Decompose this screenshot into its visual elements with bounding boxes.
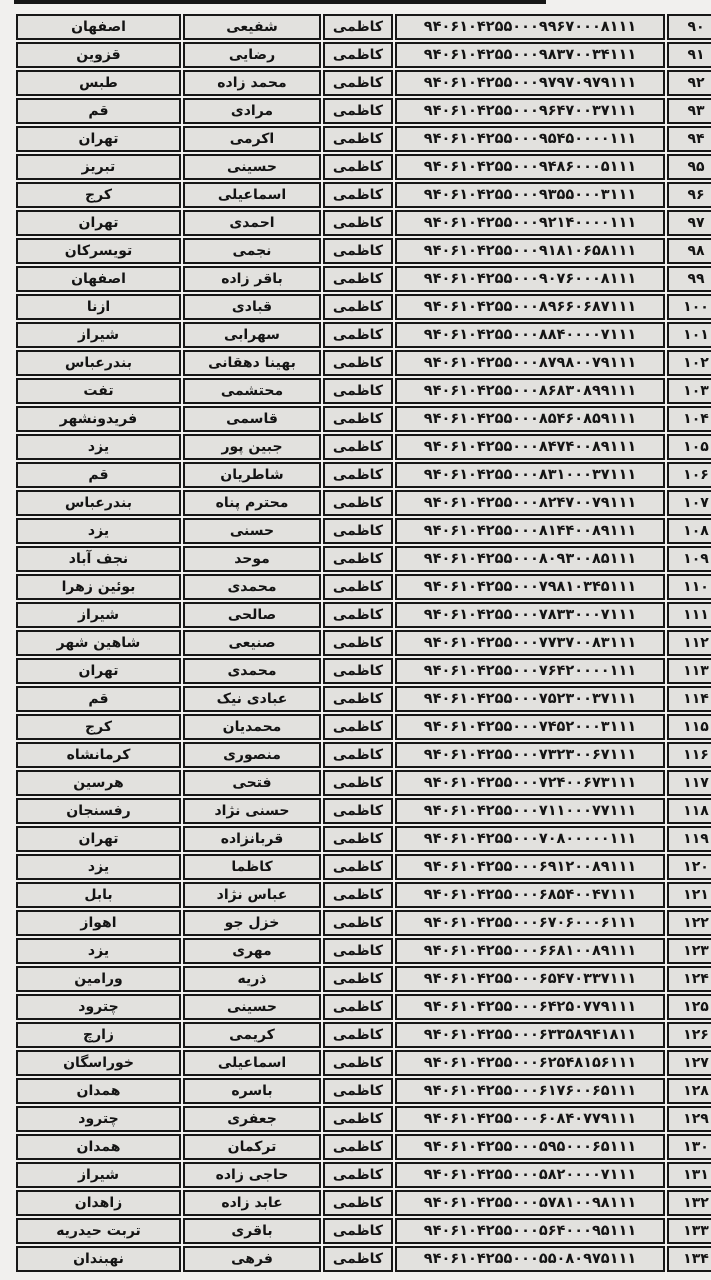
first-name-cell: کاظمی [323,546,393,572]
tracking-code-cell: ۹۴۰۶۱۰۴۲۵۵۰۰۰۷۱۱۰۰۰۷۷۱۱۱ [395,798,665,824]
surname-cell: محترم پناه [183,490,321,516]
surname-cell: حسینی [183,154,321,180]
city-cell: تربت حیدریه [16,1218,181,1244]
row-number-cell: ۱۱۳ [667,658,711,684]
tracking-code-cell: ۹۴۰۶۱۰۴۲۵۵۰۰۰۹۰۷۶۰۰۰۸۱۱۱ [395,266,665,292]
table-row: ۹۹ ۹۴۰۶۱۰۴۲۵۵۰۰۰۹۰۷۶۰۰۰۸۱۱۱ کاظمی باقر ز… [16,266,711,292]
city-cell: شیراز [16,602,181,628]
city-cell: بابل [16,882,181,908]
row-number-cell: ۹۷ [667,210,711,236]
city-cell: تهران [16,210,181,236]
first-name-cell: کاظمی [323,798,393,824]
tracking-code-cell: ۹۴۰۶۱۰۴۲۵۵۰۰۰۷۳۲۳۰۰۶۷۱۱۱ [395,742,665,768]
tracking-code-cell: ۹۴۰۶۱۰۴۲۵۵۰۰۰۸۳۱۰۰۰۳۷۱۱۱ [395,462,665,488]
tracking-code-cell: ۹۴۰۶۱۰۴۲۵۵۰۰۰۷۲۴۰۰۶۷۳۱۱۱ [395,770,665,796]
scanned-page: ۹۰ ۹۴۰۶۱۰۴۲۵۵۰۰۰۹۹۶۷۰۰۰۸۱۱۱ کاظمی شفیعی … [0,0,711,1280]
tracking-code-cell: ۹۴۰۶۱۰۴۲۵۵۰۰۰۷۷۳۷۰۰۸۳۱۱۱ [395,630,665,656]
surname-cell: اسماعیلی [183,182,321,208]
surname-cell: باسره [183,1078,321,1104]
table-row: ۱۳۳ ۹۴۰۶۱۰۴۲۵۵۰۰۰۵۶۴۰۰۰۹۵۱۱۱ کاظمی باقری… [16,1218,711,1244]
surname-cell: مهری [183,938,321,964]
table-row: ۱۱۶ ۹۴۰۶۱۰۴۲۵۵۰۰۰۷۳۲۳۰۰۶۷۱۱۱ کاظمی منصور… [16,742,711,768]
row-number-cell: ۱۲۸ [667,1078,711,1104]
first-name-cell: کاظمی [323,238,393,264]
tracking-code-cell: ۹۴۰۶۱۰۴۲۵۵۰۰۰۹۸۳۷۰۰۳۴۱۱۱ [395,42,665,68]
tracking-code-cell: ۹۴۰۶۱۰۴۲۵۵۰۰۰۶۶۸۱۰۰۸۹۱۱۱ [395,938,665,964]
table-row: ۹۲ ۹۴۰۶۱۰۴۲۵۵۰۰۰۹۷۹۷۰۹۷۹۱۱۱ کاظمی محمد ز… [16,70,711,96]
table-row: ۱۰۳ ۹۴۰۶۱۰۴۲۵۵۰۰۰۸۶۸۳۰۸۹۹۱۱۱ کاظمی محتشم… [16,378,711,404]
surname-cell: محتشمی [183,378,321,404]
row-number-cell: ۱۲۰ [667,854,711,880]
table-row: ۱۰۱ ۹۴۰۶۱۰۴۲۵۵۰۰۰۸۸۴۰۰۰۰۷۱۱۱ کاظمی سهراب… [16,322,711,348]
surname-cell: صالحی [183,602,321,628]
surname-cell: احمدی [183,210,321,236]
city-cell: تویسرکان [16,238,181,264]
row-number-cell: ۹۱ [667,42,711,68]
first-name-cell: کاظمی [323,490,393,516]
surname-cell: محمدیان [183,714,321,740]
table-row: ۱۰۷ ۹۴۰۶۱۰۴۲۵۵۰۰۰۸۲۴۷۰۰۷۹۱۱۱ کاظمی محترم… [16,490,711,516]
table-row: ۹۳ ۹۴۰۶۱۰۴۲۵۵۰۰۰۹۶۴۷۰۰۳۷۱۱۱ کاظمی مرادی … [16,98,711,124]
city-cell: خوراسگان [16,1050,181,1076]
city-cell: یزد [16,434,181,460]
first-name-cell: کاظمی [323,994,393,1020]
city-cell: شیراز [16,322,181,348]
tracking-code-cell: ۹۴۰۶۱۰۴۲۵۵۰۰۰۹۵۴۵۰۰۰۰۱۱۱ [395,126,665,152]
surname-cell: کاظما [183,854,321,880]
surname-cell: خزل جو [183,910,321,936]
row-number-cell: ۱۱۸ [667,798,711,824]
first-name-cell: کاظمی [323,1190,393,1216]
surname-cell: قبادی [183,294,321,320]
city-cell: چترود [16,1106,181,1132]
surname-cell: قاسمی [183,406,321,432]
table-row: ۱۲۴ ۹۴۰۶۱۰۴۲۵۵۰۰۰۶۵۴۷۰۳۳۷۱۱۱ کاظمی ذریه … [16,966,711,992]
row-number-cell: ۱۰۴ [667,406,711,432]
tracking-code-cell: ۹۴۰۶۱۰۴۲۵۵۰۰۰۹۲۱۴۰۰۰۰۱۱۱ [395,210,665,236]
tracking-code-cell: ۹۴۰۶۱۰۴۲۵۵۰۰۰۹۳۵۵۰۰۰۳۱۱۱ [395,182,665,208]
tracking-code-cell: ۹۴۰۶۱۰۴۲۵۵۰۰۰۶۴۲۵۰۷۷۹۱۱۱ [395,994,665,1020]
tracking-code-cell: ۹۴۰۶۱۰۴۲۵۵۰۰۰۹۶۴۷۰۰۳۷۱۱۱ [395,98,665,124]
surname-cell: عبادی نیک [183,686,321,712]
city-cell: یزد [16,938,181,964]
first-name-cell: کاظمی [323,294,393,320]
city-cell: قم [16,462,181,488]
first-name-cell: کاظمی [323,518,393,544]
table-row: ۱۰۹ ۹۴۰۶۱۰۴۲۵۵۰۰۰۸۰۹۳۰۰۸۵۱۱۱ کاظمی موحد … [16,546,711,572]
row-number-cell: ۹۵ [667,154,711,180]
table-row: ۱۰۵ ۹۴۰۶۱۰۴۲۵۵۰۰۰۸۴۷۴۰۰۸۹۱۱۱ کاظمی جبین … [16,434,711,460]
surname-cell: بهینا دهقانی [183,350,321,376]
surname-cell: اکرمی [183,126,321,152]
city-cell: فریدونشهر [16,406,181,432]
row-number-cell: ۱۰۵ [667,434,711,460]
table-row: ۱۲۵ ۹۴۰۶۱۰۴۲۵۵۰۰۰۶۴۲۵۰۷۷۹۱۱۱ کاظمی حسینی… [16,994,711,1020]
tracking-code-cell: ۹۴۰۶۱۰۴۲۵۵۰۰۰۸۷۹۸۰۰۷۹۱۱۱ [395,350,665,376]
first-name-cell: کاظمی [323,742,393,768]
surname-cell: نجمی [183,238,321,264]
surname-cell: محمدی [183,658,321,684]
city-cell: قم [16,686,181,712]
surname-cell: ترکمان [183,1134,321,1160]
row-number-cell: ۱۱۷ [667,770,711,796]
tracking-code-cell: ۹۴۰۶۱۰۴۲۵۵۰۰۰۸۰۹۳۰۰۸۵۱۱۱ [395,546,665,572]
first-name-cell: کاظمی [323,1218,393,1244]
surname-cell: فتحی [183,770,321,796]
row-number-cell: ۱۱۵ [667,714,711,740]
surname-cell: قربانزاده [183,826,321,852]
tracking-code-cell: ۹۴۰۶۱۰۴۲۵۵۰۰۰۵۸۲۰۰۰۰۷۱۱۱ [395,1162,665,1188]
first-name-cell: کاظمی [323,1162,393,1188]
surname-cell: رضایی [183,42,321,68]
tracking-code-cell: ۹۴۰۶۱۰۴۲۵۵۰۰۰۶۷۰۶۰۰۰۶۱۱۱ [395,910,665,936]
first-name-cell: کاظمی [323,406,393,432]
table-row: ۱۰۰ ۹۴۰۶۱۰۴۲۵۵۰۰۰۸۹۶۶۰۶۸۷۱۱۱ کاظمی قبادی… [16,294,711,320]
table-row: ۱۱۲ ۹۴۰۶۱۰۴۲۵۵۰۰۰۷۷۳۷۰۰۸۳۱۱۱ کاظمی صنیعی… [16,630,711,656]
city-cell: بندرعباس [16,350,181,376]
table-row: ۹۰ ۹۴۰۶۱۰۴۲۵۵۰۰۰۹۹۶۷۰۰۰۸۱۱۱ کاظمی شفیعی … [16,14,711,40]
city-cell: اصفهان [16,14,181,40]
table-row: ۱۲۸ ۹۴۰۶۱۰۴۲۵۵۰۰۰۶۱۷۶۰۰۶۵۱۱۱ کاظمی باسره… [16,1078,711,1104]
tracking-code-cell: ۹۴۰۶۱۰۴۲۵۵۰۰۰۸۶۸۳۰۸۹۹۱۱۱ [395,378,665,404]
table-row: ۱۰۸ ۹۴۰۶۱۰۴۲۵۵۰۰۰۸۱۴۴۰۰۸۹۱۱۱ کاظمی حسنی … [16,518,711,544]
tracking-code-cell: ۹۴۰۶۱۰۴۲۵۵۰۰۰۶۳۳۵۸۹۴۱۸۱۱ [395,1022,665,1048]
city-cell: تفت [16,378,181,404]
surname-cell: موحد [183,546,321,572]
tracking-code-cell: ۹۴۰۶۱۰۴۲۵۵۰۰۰۷۹۸۱۰۳۴۵۱۱۱ [395,574,665,600]
first-name-cell: کاظمی [323,966,393,992]
table-row: ۹۵ ۹۴۰۶۱۰۴۲۵۵۰۰۰۹۴۸۶۰۰۰۵۱۱۱ کاظمی حسینی … [16,154,711,180]
tracking-code-cell: ۹۴۰۶۱۰۴۲۵۵۰۰۰۵۶۴۰۰۰۹۵۱۱۱ [395,1218,665,1244]
table-row: ۱۲۷ ۹۴۰۶۱۰۴۲۵۵۰۰۰۶۲۵۴۸۱۵۶۱۱۱ کاظمی اسماع… [16,1050,711,1076]
first-name-cell: کاظمی [323,1106,393,1132]
tracking-code-cell: ۹۴۰۶۱۰۴۲۵۵۰۰۰۵۷۸۱۰۰۹۸۱۱۱ [395,1190,665,1216]
surname-cell: محمدی [183,574,321,600]
row-number-cell: ۱۳۳ [667,1218,711,1244]
surname-cell: اسماعیلی [183,1050,321,1076]
surname-cell: جعفری [183,1106,321,1132]
table-row: ۱۱۳ ۹۴۰۶۱۰۴۲۵۵۰۰۰۷۶۴۲۰۰۰۰۱۱۱ کاظمی محمدی… [16,658,711,684]
city-cell: شیراز [16,1162,181,1188]
tracking-code-cell: ۹۴۰۶۱۰۴۲۵۵۰۰۰۸۱۴۴۰۰۸۹۱۱۱ [395,518,665,544]
surname-cell: عباس نژاد [183,882,321,908]
tracking-code-cell: ۹۴۰۶۱۰۴۲۵۵۰۰۰۸۵۴۶۰۸۵۹۱۱۱ [395,406,665,432]
surname-cell: سهرابی [183,322,321,348]
table-row: ۱۱۹ ۹۴۰۶۱۰۴۲۵۵۰۰۰۷۰۸۰۰۰۰۰۱۱۱ کاظمی قربان… [16,826,711,852]
table-row: ۱۱۴ ۹۴۰۶۱۰۴۲۵۵۰۰۰۷۵۲۳۰۰۳۷۱۱۱ کاظمی عبادی… [16,686,711,712]
surname-cell: جبین پور [183,434,321,460]
row-number-cell: ۱۲۳ [667,938,711,964]
row-number-cell: ۱۱۹ [667,826,711,852]
surname-cell: عابد زاده [183,1190,321,1216]
first-name-cell: کاظمی [323,126,393,152]
first-name-cell: کاظمی [323,826,393,852]
tracking-code-cell: ۹۴۰۶۱۰۴۲۵۵۰۰۰۷۰۸۰۰۰۰۰۱۱۱ [395,826,665,852]
city-cell: هرسین [16,770,181,796]
row-number-cell: ۱۰۳ [667,378,711,404]
city-cell: همدان [16,1078,181,1104]
city-cell: طبس [16,70,181,96]
city-cell: همدان [16,1134,181,1160]
first-name-cell: کاظمی [323,602,393,628]
city-cell: یزد [16,854,181,880]
row-number-cell: ۱۱۶ [667,742,711,768]
row-number-cell: ۱۲۷ [667,1050,711,1076]
row-number-cell: ۱۱۱ [667,602,711,628]
tracking-code-cell: ۹۴۰۶۱۰۴۲۵۵۰۰۰۸۴۷۴۰۰۸۹۱۱۱ [395,434,665,460]
table-row: ۱۲۲ ۹۴۰۶۱۰۴۲۵۵۰۰۰۶۷۰۶۰۰۰۶۱۱۱ کاظمی خزل ج… [16,910,711,936]
tracking-code-cell: ۹۴۰۶۱۰۴۲۵۵۰۰۰۷۵۲۳۰۰۳۷۱۱۱ [395,686,665,712]
first-name-cell: کاظمی [323,854,393,880]
first-name-cell: کاظمی [323,1022,393,1048]
city-cell: نجف آباد [16,546,181,572]
row-number-cell: ۱۳۰ [667,1134,711,1160]
table-row: ۹۴ ۹۴۰۶۱۰۴۲۵۵۰۰۰۹۵۴۵۰۰۰۰۱۱۱ کاظمی اکرمی … [16,126,711,152]
table-row: ۱۳۲ ۹۴۰۶۱۰۴۲۵۵۰۰۰۵۷۸۱۰۰۹۸۱۱۱ کاظمی عابد … [16,1190,711,1216]
row-number-cell: ۱۰۹ [667,546,711,572]
tracking-code-cell: ۹۴۰۶۱۰۴۲۵۵۰۰۰۶۰۸۴۰۷۷۹۱۱۱ [395,1106,665,1132]
surname-cell: مرادی [183,98,321,124]
first-name-cell: کاظمی [323,210,393,236]
first-name-cell: کاظمی [323,658,393,684]
table-row: ۱۲۹ ۹۴۰۶۱۰۴۲۵۵۰۰۰۶۰۸۴۰۷۷۹۱۱۱ کاظمی جعفری… [16,1106,711,1132]
city-cell: تبریز [16,154,181,180]
city-cell: بوئین زهرا [16,574,181,600]
row-number-cell: ۱۲۱ [667,882,711,908]
tracking-code-cell: ۹۴۰۶۱۰۴۲۵۵۰۰۰۶۸۵۴۰۰۴۷۱۱۱ [395,882,665,908]
table-row: ۱۲۶ ۹۴۰۶۱۰۴۲۵۵۰۰۰۶۳۳۵۸۹۴۱۸۱۱ کاظمی کریمی… [16,1022,711,1048]
first-name-cell: کاظمی [323,938,393,964]
tracking-code-cell: ۹۴۰۶۱۰۴۲۵۵۰۰۰۷۴۵۲۰۰۰۳۱۱۱ [395,714,665,740]
tracking-code-cell: ۹۴۰۶۱۰۴۲۵۵۰۰۰۷۸۳۳۰۰۰۷۱۱۱ [395,602,665,628]
table-row: ۱۱۷ ۹۴۰۶۱۰۴۲۵۵۰۰۰۷۲۴۰۰۶۷۳۱۱۱ کاظمی فتحی … [16,770,711,796]
first-name-cell: کاظمی [323,1078,393,1104]
first-name-cell: کاظمی [323,378,393,404]
first-name-cell: کاظمی [323,322,393,348]
city-cell: رفسنجان [16,798,181,824]
city-cell: چترود [16,994,181,1020]
first-name-cell: کاظمی [323,98,393,124]
city-cell: تهران [16,826,181,852]
row-number-cell: ۱۲۲ [667,910,711,936]
row-number-cell: ۹۸ [667,238,711,264]
tracking-table-body: ۹۰ ۹۴۰۶۱۰۴۲۵۵۰۰۰۹۹۶۷۰۰۰۸۱۱۱ کاظمی شفیعی … [16,14,711,1272]
first-name-cell: کاظمی [323,462,393,488]
city-cell: زارچ [16,1022,181,1048]
row-number-cell: ۱۱۲ [667,630,711,656]
row-number-cell: ۱۰۶ [667,462,711,488]
row-number-cell: ۹۶ [667,182,711,208]
tracking-code-cell: ۹۴۰۶۱۰۴۲۵۵۰۰۰۹۷۹۷۰۹۷۹۱۱۱ [395,70,665,96]
table-row: ۱۰۴ ۹۴۰۶۱۰۴۲۵۵۰۰۰۸۵۴۶۰۸۵۹۱۱۱ کاظمی قاسمی… [16,406,711,432]
table-row: ۱۳۴ ۹۴۰۶۱۰۴۲۵۵۰۰۰۵۵۰۸۰۹۷۵۱۱۱ کاظمی فرهی … [16,1246,711,1272]
city-cell: بندرعباس [16,490,181,516]
first-name-cell: کاظمی [323,1134,393,1160]
city-cell: قزوین [16,42,181,68]
surname-cell: باقری [183,1218,321,1244]
first-name-cell: کاظمی [323,14,393,40]
surname-cell: محمد زاده [183,70,321,96]
city-cell: نهبندان [16,1246,181,1272]
surname-cell: فرهی [183,1246,321,1272]
city-cell: کرمانشاه [16,742,181,768]
first-name-cell: کاظمی [323,42,393,68]
row-number-cell: ۱۰۸ [667,518,711,544]
surname-cell: حسینی [183,994,321,1020]
city-cell: تهران [16,658,181,684]
surname-cell: صنیعی [183,630,321,656]
row-number-cell: ۹۳ [667,98,711,124]
row-number-cell: ۱۳۲ [667,1190,711,1216]
row-number-cell: ۱۳۱ [667,1162,711,1188]
first-name-cell: کاظمی [323,154,393,180]
table-row: ۱۱۵ ۹۴۰۶۱۰۴۲۵۵۰۰۰۷۴۵۲۰۰۰۳۱۱۱ کاظمی محمدی… [16,714,711,740]
table-row: ۹۱ ۹۴۰۶۱۰۴۲۵۵۰۰۰۹۸۳۷۰۰۳۴۱۱۱ کاظمی رضایی … [16,42,711,68]
tracking-code-cell: ۹۴۰۶۱۰۴۲۵۵۰۰۰۸۲۴۷۰۰۷۹۱۱۱ [395,490,665,516]
city-cell: ازنا [16,294,181,320]
row-number-cell: ۱۳۴ [667,1246,711,1272]
first-name-cell: کاظمی [323,70,393,96]
first-name-cell: کاظمی [323,434,393,460]
first-name-cell: کاظمی [323,1246,393,1272]
table-row: ۱۳۱ ۹۴۰۶۱۰۴۲۵۵۰۰۰۵۸۲۰۰۰۰۷۱۱۱ کاظمی حاجی … [16,1162,711,1188]
table-row: ۱۰۶ ۹۴۰۶۱۰۴۲۵۵۰۰۰۸۳۱۰۰۰۳۷۱۱۱ کاظمی شاطری… [16,462,711,488]
surname-cell: حسنی [183,518,321,544]
table-row: ۱۳۰ ۹۴۰۶۱۰۴۲۵۵۰۰۰۵۹۵۰۰۰۶۵۱۱۱ کاظمی ترکما… [16,1134,711,1160]
tracking-code-cell: ۹۴۰۶۱۰۴۲۵۵۰۰۰۸۸۴۰۰۰۰۷۱۱۱ [395,322,665,348]
table-row: ۹۷ ۹۴۰۶۱۰۴۲۵۵۰۰۰۹۲۱۴۰۰۰۰۱۱۱ کاظمی احمدی … [16,210,711,236]
row-number-cell: ۱۱۴ [667,686,711,712]
first-name-cell: کاظمی [323,770,393,796]
city-cell: کرج [16,182,181,208]
row-number-cell: ۹۴ [667,126,711,152]
tracking-code-cell: ۹۴۰۶۱۰۴۲۵۵۰۰۰۷۶۴۲۰۰۰۰۱۱۱ [395,658,665,684]
row-number-cell: ۱۲۴ [667,966,711,992]
table-row: ۹۶ ۹۴۰۶۱۰۴۲۵۵۰۰۰۹۳۵۵۰۰۰۳۱۱۱ کاظمی اسماعی… [16,182,711,208]
first-name-cell: کاظمی [323,266,393,292]
tracking-table: ۹۰ ۹۴۰۶۱۰۴۲۵۵۰۰۰۹۹۶۷۰۰۰۸۱۱۱ کاظمی شفیعی … [14,12,711,1274]
tracking-code-cell: ۹۴۰۶۱۰۴۲۵۵۰۰۰۹۱۸۱۰۶۵۸۱۱۱ [395,238,665,264]
city-cell: شاهین شهر [16,630,181,656]
first-name-cell: کاظمی [323,350,393,376]
table-row: ۱۱۱ ۹۴۰۶۱۰۴۲۵۵۰۰۰۷۸۳۳۰۰۰۷۱۱۱ کاظمی صالحی… [16,602,711,628]
first-name-cell: کاظمی [323,714,393,740]
surname-cell: ذریه [183,966,321,992]
first-name-cell: کاظمی [323,182,393,208]
city-cell: اصفهان [16,266,181,292]
row-number-cell: ۹۰ [667,14,711,40]
surname-cell: کریمی [183,1022,321,1048]
tracking-code-cell: ۹۴۰۶۱۰۴۲۵۵۰۰۰۹۴۸۶۰۰۰۵۱۱۱ [395,154,665,180]
surname-cell: حسنی نژاد [183,798,321,824]
surname-cell: حاجی زاده [183,1162,321,1188]
table-row: ۱۲۰ ۹۴۰۶۱۰۴۲۵۵۰۰۰۶۹۱۲۰۰۸۹۱۱۱ کاظمی کاظما… [16,854,711,880]
row-number-cell: ۱۲۵ [667,994,711,1020]
row-number-cell: ۱۲۹ [667,1106,711,1132]
surname-cell: شفیعی [183,14,321,40]
table-row: ۹۸ ۹۴۰۶۱۰۴۲۵۵۰۰۰۹۱۸۱۰۶۵۸۱۱۱ کاظمی نجمی ت… [16,238,711,264]
row-number-cell: ۱۰۰ [667,294,711,320]
city-cell: کرج [16,714,181,740]
table-row: ۱۲۳ ۹۴۰۶۱۰۴۲۵۵۰۰۰۶۶۸۱۰۰۸۹۱۱۱ کاظمی مهری … [16,938,711,964]
surname-cell: منصوری [183,742,321,768]
table-row: ۱۱۸ ۹۴۰۶۱۰۴۲۵۵۰۰۰۷۱۱۰۰۰۷۷۱۱۱ کاظمی حسنی … [16,798,711,824]
surname-cell: باقر زاده [183,266,321,292]
first-name-cell: کاظمی [323,1050,393,1076]
previous-row-cut-border [14,0,546,4]
first-name-cell: کاظمی [323,686,393,712]
city-cell: زاهدان [16,1190,181,1216]
city-cell: ورامین [16,966,181,992]
tracking-code-cell: ۹۴۰۶۱۰۴۲۵۵۰۰۰۹۹۶۷۰۰۰۸۱۱۱ [395,14,665,40]
row-number-cell: ۱۱۰ [667,574,711,600]
row-number-cell: ۱۰۲ [667,350,711,376]
tracking-code-cell: ۹۴۰۶۱۰۴۲۵۵۰۰۰۶۹۱۲۰۰۸۹۱۱۱ [395,854,665,880]
row-number-cell: ۹۲ [667,70,711,96]
surname-cell: شاطریان [183,462,321,488]
first-name-cell: کاظمی [323,630,393,656]
row-number-cell: ۱۰۷ [667,490,711,516]
tracking-code-cell: ۹۴۰۶۱۰۴۲۵۵۰۰۰۶۵۴۷۰۳۳۷۱۱۱ [395,966,665,992]
first-name-cell: کاظمی [323,910,393,936]
row-number-cell: ۱۲۶ [667,1022,711,1048]
tracking-code-cell: ۹۴۰۶۱۰۴۲۵۵۰۰۰۵۵۰۸۰۹۷۵۱۱۱ [395,1246,665,1272]
city-cell: تهران [16,126,181,152]
row-number-cell: ۹۹ [667,266,711,292]
city-cell: اهواز [16,910,181,936]
city-cell: یزد [16,518,181,544]
tracking-code-cell: ۹۴۰۶۱۰۴۲۵۵۰۰۰۸۹۶۶۰۶۸۷۱۱۱ [395,294,665,320]
tracking-code-cell: ۹۴۰۶۱۰۴۲۵۵۰۰۰۵۹۵۰۰۰۶۵۱۱۱ [395,1134,665,1160]
tracking-code-cell: ۹۴۰۶۱۰۴۲۵۵۰۰۰۶۱۷۶۰۰۶۵۱۱۱ [395,1078,665,1104]
tracking-code-cell: ۹۴۰۶۱۰۴۲۵۵۰۰۰۶۲۵۴۸۱۵۶۱۱۱ [395,1050,665,1076]
table-row: ۱۱۰ ۹۴۰۶۱۰۴۲۵۵۰۰۰۷۹۸۱۰۳۴۵۱۱۱ کاظمی محمدی… [16,574,711,600]
first-name-cell: کاظمی [323,574,393,600]
table-row: ۱۲۱ ۹۴۰۶۱۰۴۲۵۵۰۰۰۶۸۵۴۰۰۴۷۱۱۱ کاظمی عباس … [16,882,711,908]
city-cell: قم [16,98,181,124]
table-row: ۱۰۲ ۹۴۰۶۱۰۴۲۵۵۰۰۰۸۷۹۸۰۰۷۹۱۱۱ کاظمی بهینا… [16,350,711,376]
row-number-cell: ۱۰۱ [667,322,711,348]
first-name-cell: کاظمی [323,882,393,908]
